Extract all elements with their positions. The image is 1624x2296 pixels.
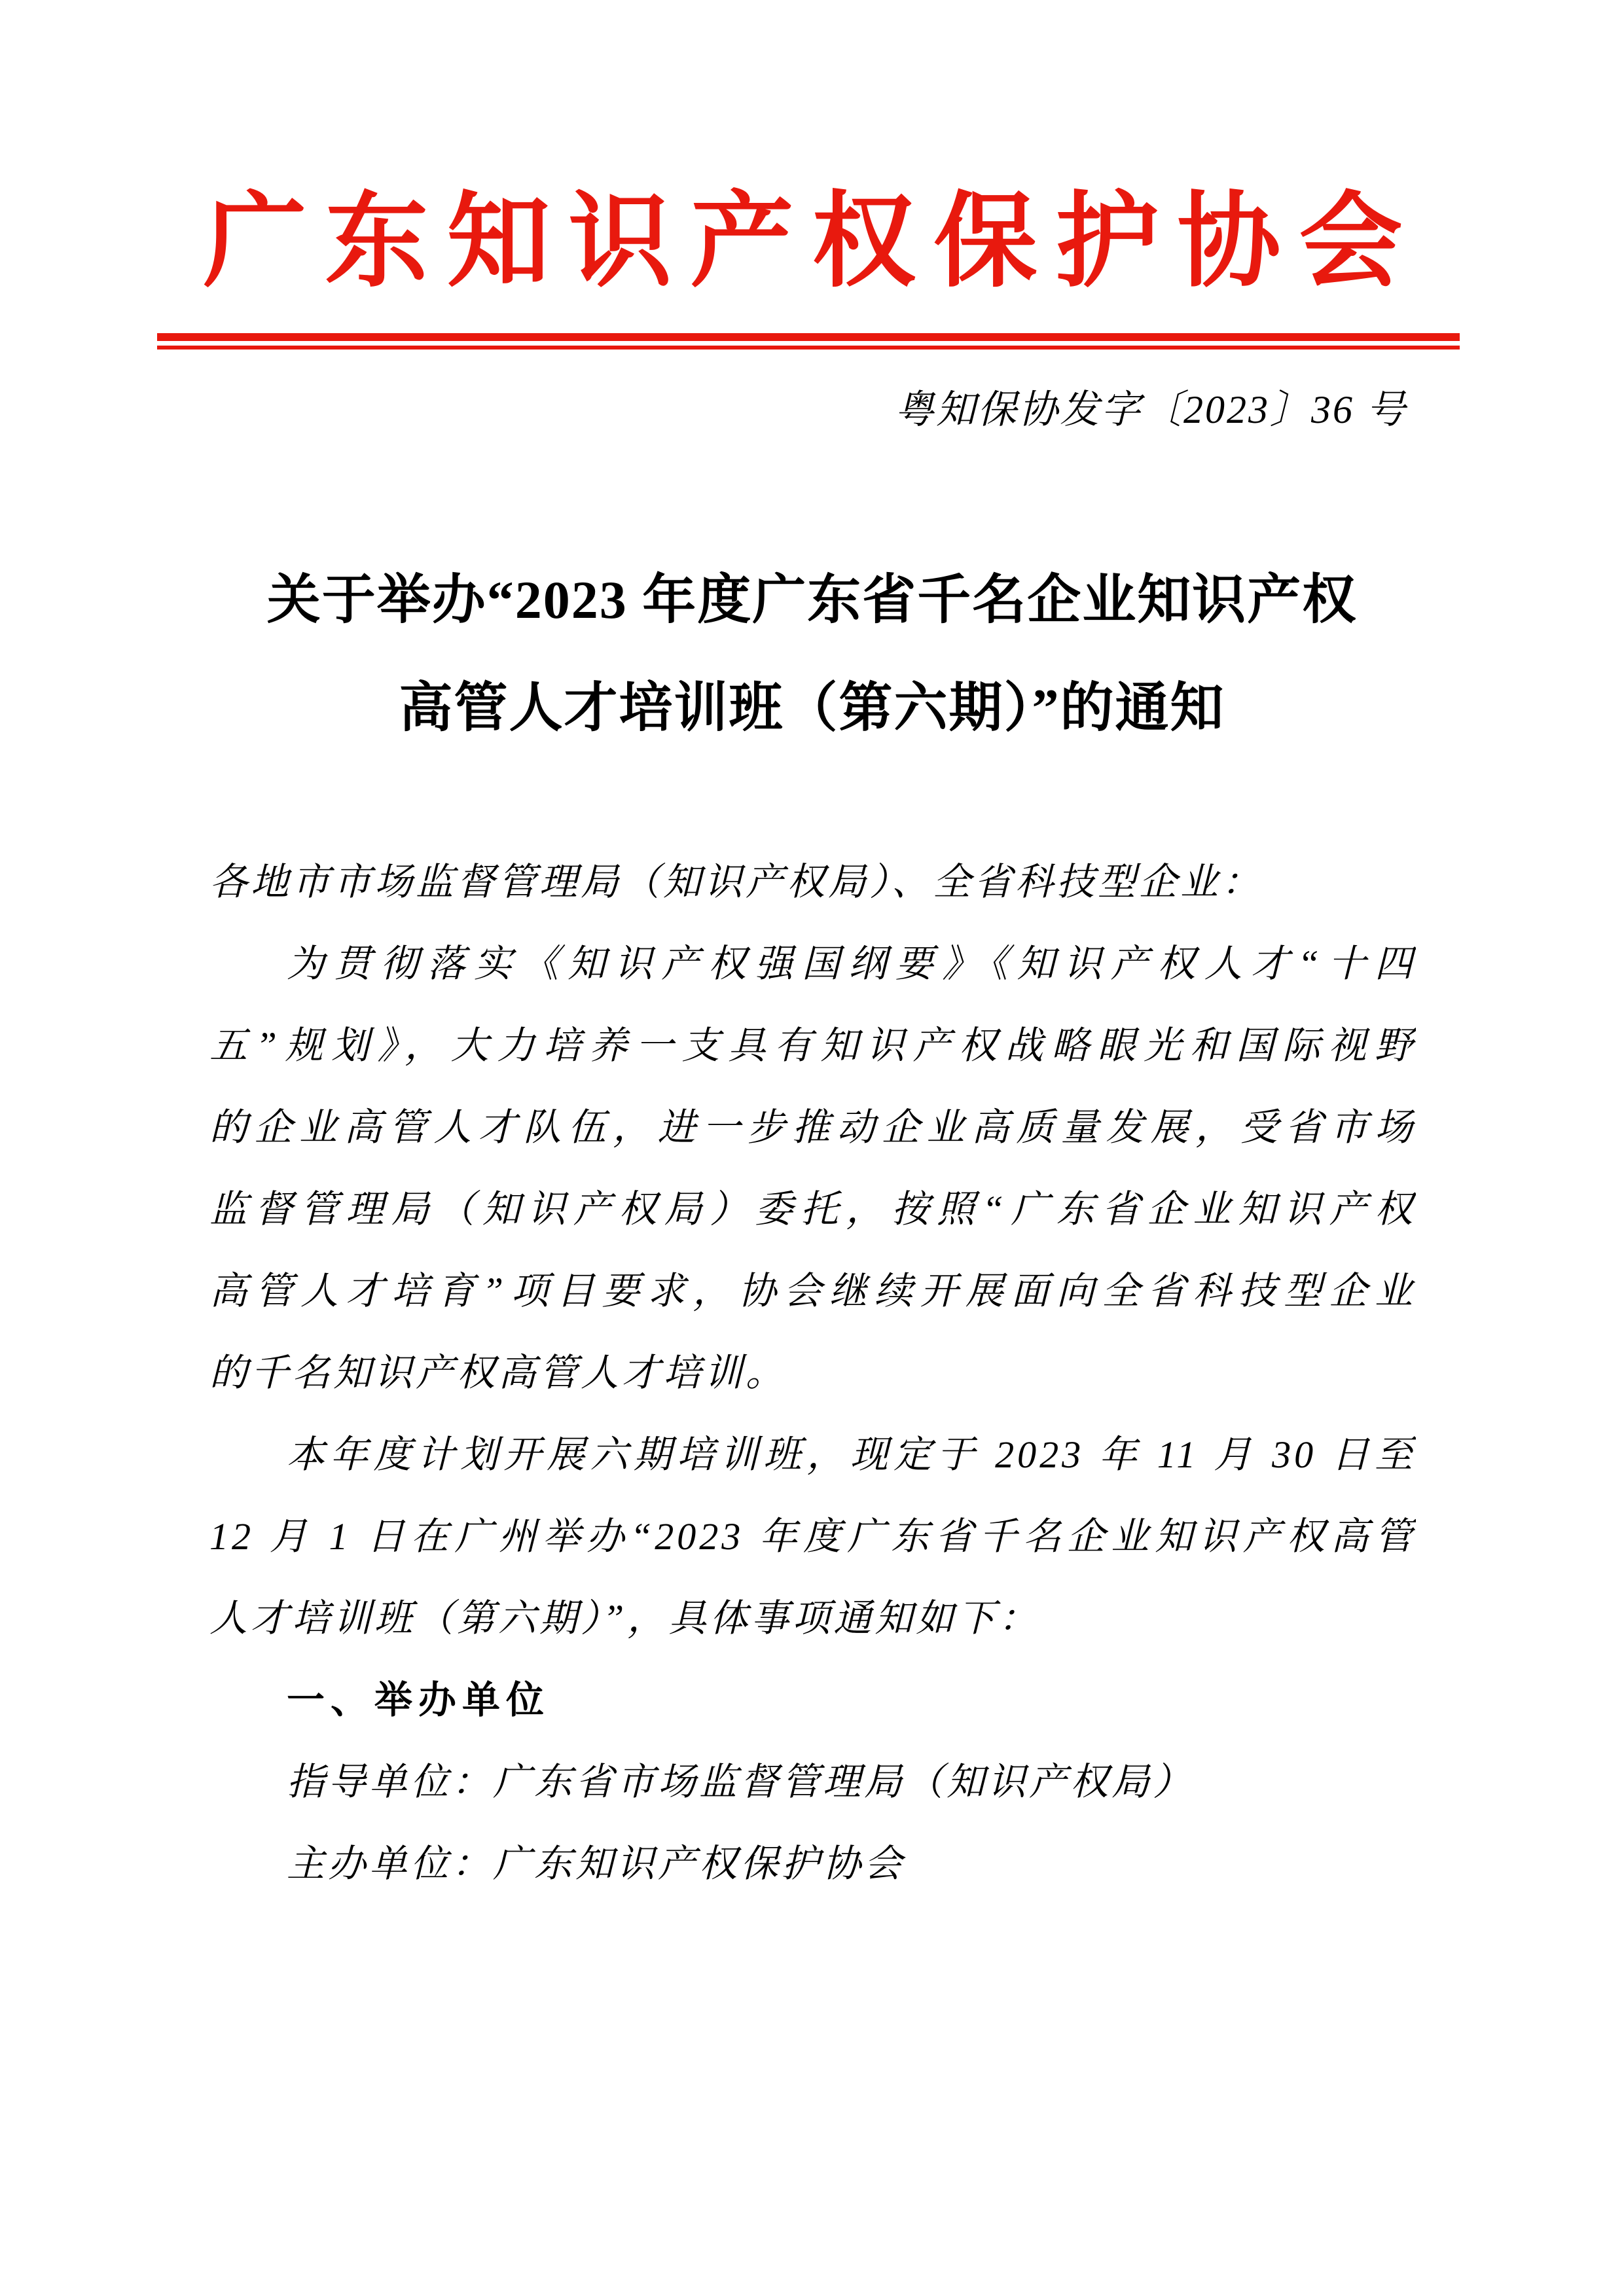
section-heading: 一、举办单位 [209, 1659, 1416, 1741]
document-title-line-1: 关于举办“2023 年度广东省千名企业知识产权 [0, 546, 1624, 654]
body-line: 人才培训班（第六期）”，具体事项通知如下： [209, 1577, 1416, 1659]
document-body: 各地市市场监督管理局（知识产权局）、全省科技型企业：为贯彻落实《知识产权强国纲要… [209, 841, 1416, 1905]
body-line: 五”规划》，大力培养一支具有知识产权战略眼光和国际视野 [209, 1005, 1416, 1086]
document-title: 关于举办“2023 年度广东省千名企业知识产权 高管人才培训班（第六期）”的通知 [0, 546, 1624, 762]
letterhead-org-name: 广东知识产权保护协会 [0, 178, 1624, 308]
body-line: 高管人才培育”项目要求，协会继续开展面向全省科技型企业 [209, 1250, 1416, 1332]
body-line: 的千名知识产权高管人才培训。 [209, 1332, 1416, 1414]
document-page: 广东知识产权保护协会 粤知保协发字〔2023〕36 号 关于举办“2023 年度… [0, 0, 1624, 2296]
document-number: 粤知保协发字〔2023〕36 号 [0, 384, 1407, 436]
body-line: 各地市市场监督管理局（知识产权局）、全省科技型企业： [209, 841, 1416, 923]
body-line: 主办单位：广东知识产权保护协会 [209, 1823, 1416, 1905]
body-line: 指导单位：广东省市场监督管理局（知识产权局） [209, 1741, 1416, 1823]
letterhead-rule-thick [157, 333, 1460, 341]
document-title-line-2: 高管人才培训班（第六期）”的通知 [0, 654, 1624, 762]
body-line: 的企业高管人才队伍，进一步推动企业高质量发展，受省市场 [209, 1086, 1416, 1168]
body-line: 本年度计划开展六期培训班，现定于 2023 年 11 月 30 日至 [209, 1414, 1416, 1496]
body-line: 12 月 1 日在广州举办“2023 年度广东省千名企业知识产权高管 [209, 1496, 1416, 1577]
body-line: 监督管理局（知识产权局）委托，按照“广东省企业知识产权 [209, 1168, 1416, 1250]
body-line: 为贯彻落实《知识产权强国纲要》《知识产权人才“十四 [209, 923, 1416, 1005]
letterhead-rule-thin [157, 346, 1460, 350]
